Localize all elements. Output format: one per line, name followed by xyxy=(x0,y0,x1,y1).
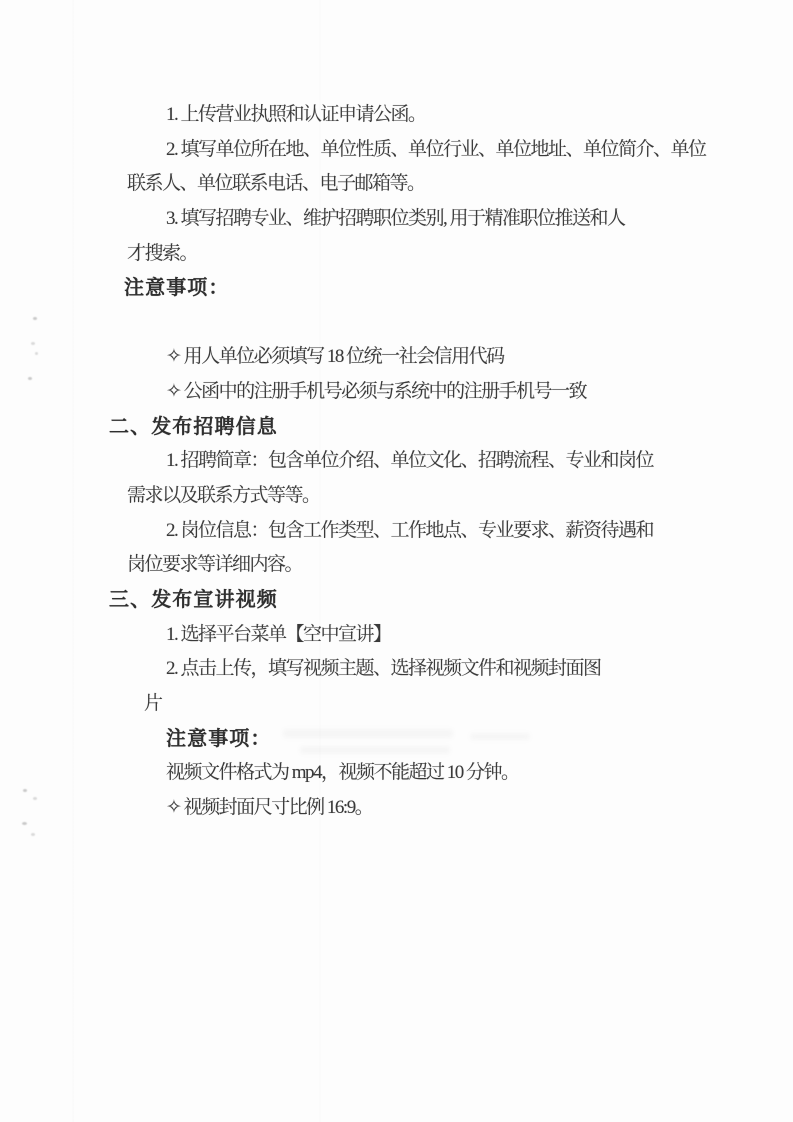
section2-step-1: 1. 招聘简章：包含单位介绍、单位文化、招聘流程、专业和岗位 xyxy=(0,444,793,479)
section1-step-2: 2. 填写单位所在地、单位性质、单位行业、单位地址、单位简介、单位 xyxy=(0,133,793,168)
section1-note-1: ✧ 用人单位必须填写 18 位统一社会信用代码 xyxy=(0,340,793,375)
section1-notes-heading: 注意事项： xyxy=(0,271,793,306)
section1-step-3: 3. 填写招聘专业、维护招聘职位类别, 用于精准职位推送和人 xyxy=(0,202,793,237)
scan-speckle xyxy=(31,833,35,836)
section3-step-1: 1. 选择平台菜单【空中宣讲】 xyxy=(0,618,793,653)
section3-step-2-cont: 片 xyxy=(0,687,793,722)
section3-note-1: 视频文件格式为 mp4，视频不能超过 10 分钟。 xyxy=(0,756,793,791)
section3-notes-heading: 注意事项： xyxy=(0,722,793,757)
section1-step-2-cont: 联系人、单位联系电话、电子邮箱等。 xyxy=(0,167,793,202)
document-body: 1. 上传营业执照和认证申请公函。 2. 填写单位所在地、单位性质、单位行业、单… xyxy=(0,98,793,825)
section2-step-1-cont: 需求以及联系方式等等。 xyxy=(0,479,793,514)
section3-step-2: 2. 点击上传，填写视频主题、选择视频文件和视频封面图 xyxy=(0,652,793,687)
section3-heading: 三、发布宣讲视频 xyxy=(0,583,793,618)
section1-step-3-cont: 才搜索。 xyxy=(0,237,793,272)
scanned-document-page: 1. 上传营业执照和认证申请公函。 2. 填写单位所在地、单位性质、单位行业、单… xyxy=(0,0,793,1122)
section2-heading: 二、发布招聘信息 xyxy=(0,410,793,445)
section1-note-2: ✧ 公函中的注册手机号必须与系统中的注册手机号一致 xyxy=(0,375,793,410)
section1-step-1: 1. 上传营业执照和认证申请公函。 xyxy=(0,98,793,133)
section2-step-2-cont: 岗位要求等详细内容。 xyxy=(0,548,793,583)
section3-note-2: ✧ 视频封面尺寸比例 16:9。 xyxy=(0,791,793,826)
section2-step-2: 2. 岗位信息：包含工作类型、工作地点、专业要求、薪资待遇和 xyxy=(0,514,793,549)
